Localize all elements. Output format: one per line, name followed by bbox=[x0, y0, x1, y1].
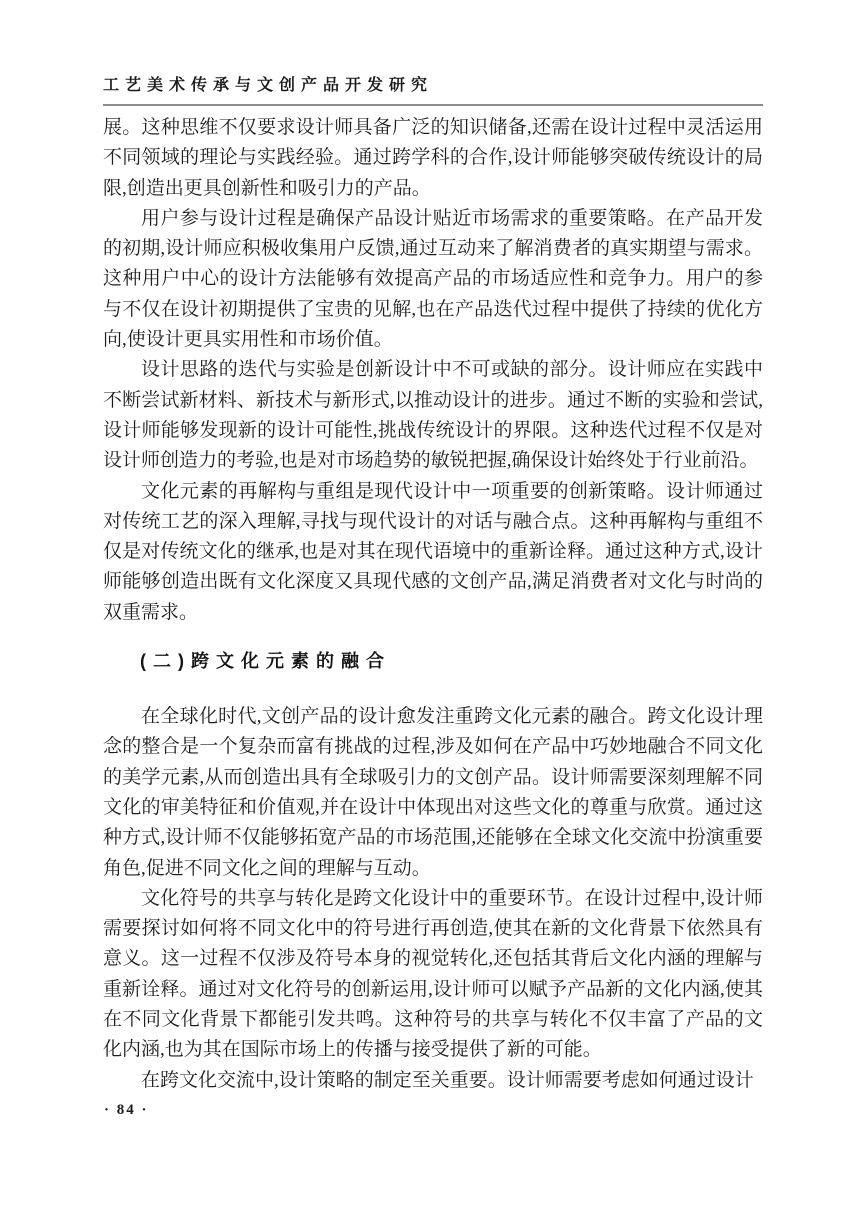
page-number: · 84 · bbox=[104, 1102, 149, 1119]
paragraph: 在跨文化交流中,设计策略的制定至关重要。设计师需要考虑如何通过设计 bbox=[103, 1066, 763, 1096]
paragraph: 用户参与设计过程是确保产品设计贴近市场需求的重要策略。在产品开发的初期,设计师应… bbox=[103, 204, 763, 355]
text-block: 工艺美术传承与文创产品开发研究 展。这种思维不仅要求设计师具备广泛的知识储备,还… bbox=[103, 0, 763, 1096]
article-body: 展。这种思维不仅要求设计师具备广泛的知识储备,还需在设计过程中灵活运用不同领域的… bbox=[103, 113, 763, 1096]
document-page: 工艺美术传承与文创产品开发研究 展。这种思维不仅要求设计师具备广泛的知识储备,还… bbox=[0, 0, 860, 1208]
running-header-rule bbox=[103, 104, 763, 106]
running-header-title: 工艺美术传承与文创产品开发研究 bbox=[103, 76, 763, 96]
paragraph-continuation: 展。这种思维不仅要求设计师具备广泛的知识储备,还需在设计过程中灵活运用不同领域的… bbox=[103, 113, 763, 204]
section-heading: (二)跨文化元素的融合 bbox=[103, 648, 763, 674]
paragraph: 文化符号的共享与转化是跨文化设计中的重要环节。在设计过程中,设计师需要探讨如何将… bbox=[103, 884, 763, 1066]
paragraph: 设计思路的迭代与实验是创新设计中不可或缺的部分。设计师应在实践中不断尝试新材料、… bbox=[103, 355, 763, 476]
paragraph: 文化元素的再解构与重组是现代设计中一项重要的创新策略。设计师通过对传统工艺的深入… bbox=[103, 477, 763, 628]
paragraph: 在全球化时代,文创产品的设计愈发注重跨文化元素的融合。跨文化设计理念的整合是一个… bbox=[103, 702, 763, 884]
